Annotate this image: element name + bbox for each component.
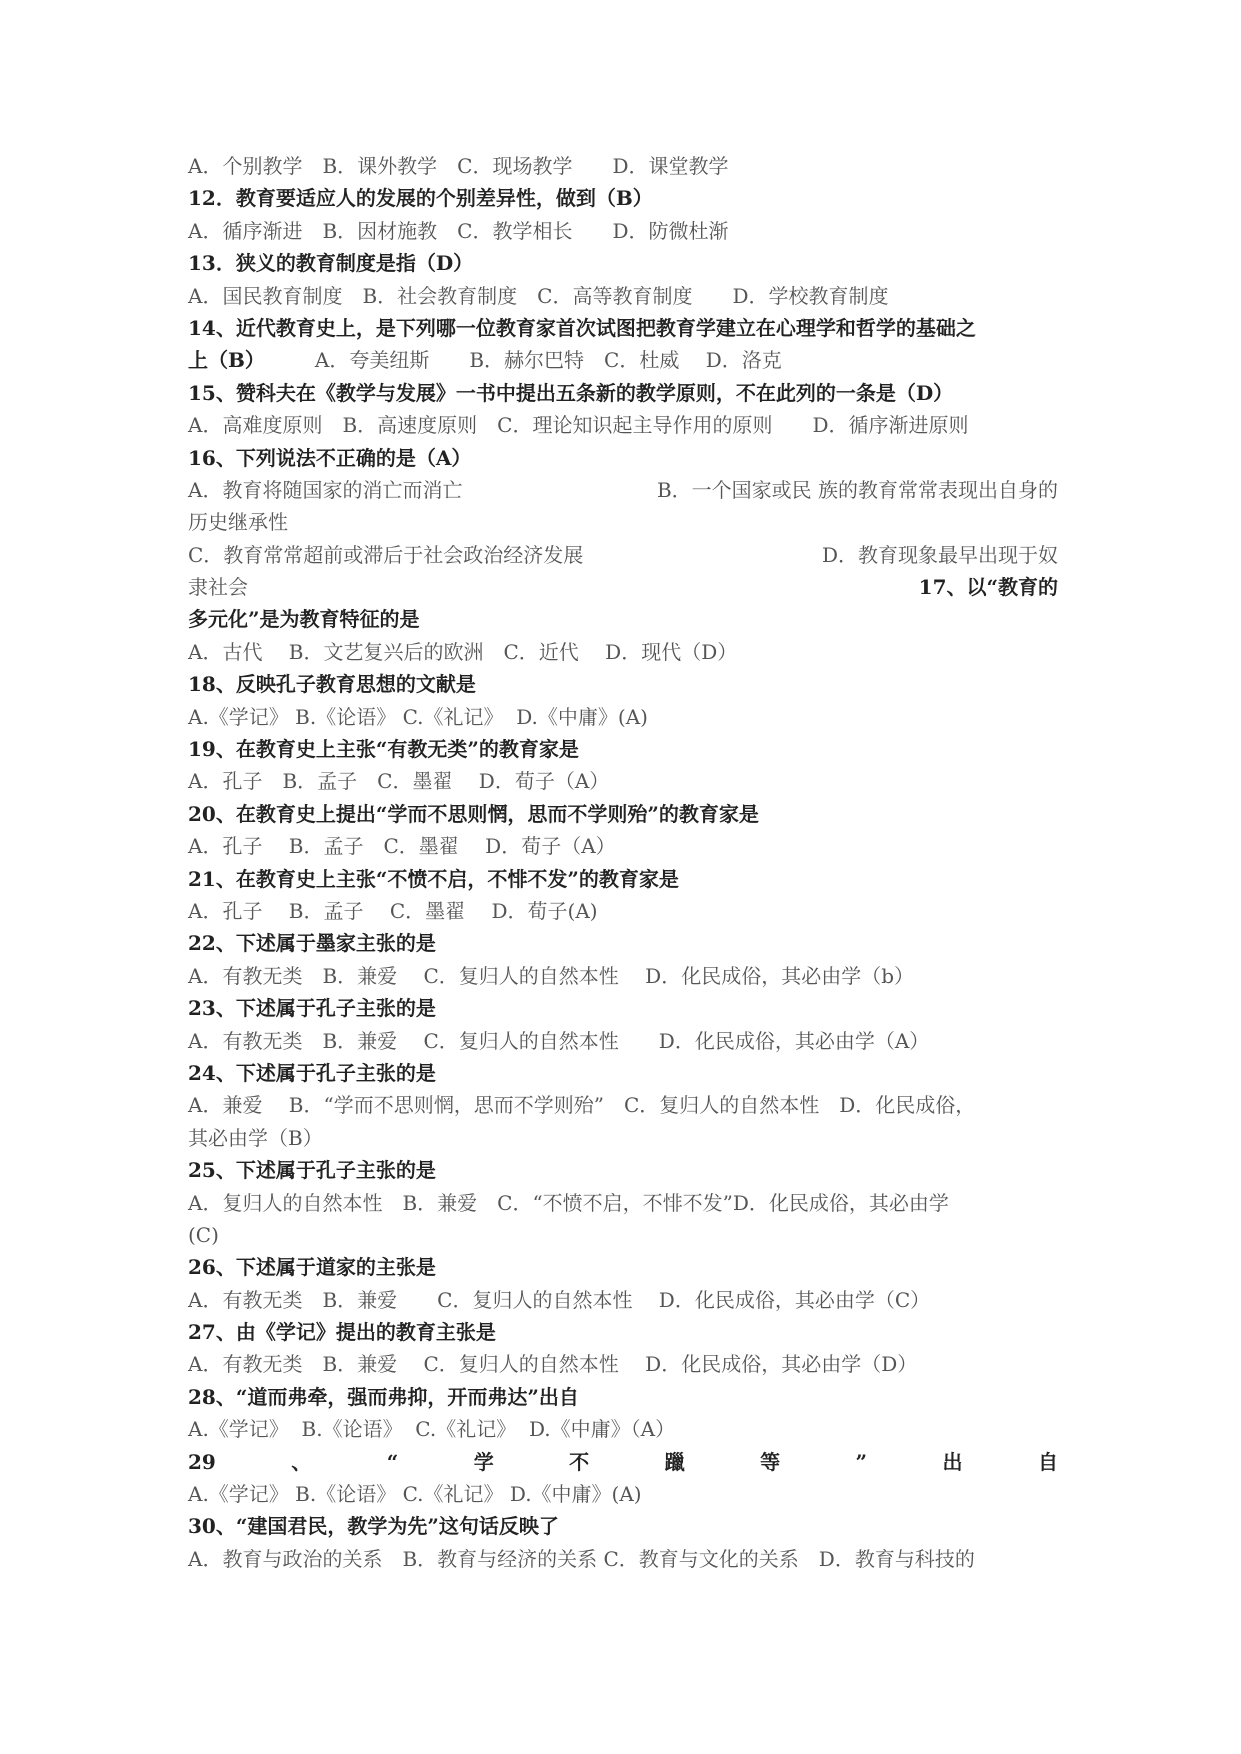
question-14-continued: 上（B） A．夸美纽斯 B．赫尔巴特 C．杜威 D．洛克 <box>188 344 1058 376</box>
question-15: 15、赞科夫在《教学与发展》一书中提出五条新的教学原则，不在此列的一条是（D） <box>188 377 1058 409</box>
question-29: 29 、 “ 学 不 躐 等 ” 出 自 <box>188 1446 1058 1478</box>
option-line-with-question-17: 隶社会17、以“教育的 <box>188 571 1058 603</box>
question-14-answer: 上（B） <box>188 348 255 372</box>
option-line: 其必由学（B） <box>188 1122 1058 1154</box>
option-line: A．古代 B．文艺复兴后的欧洲 C．近代 D．现代（D） <box>188 636 1058 668</box>
question-20: 20、在教育史上提出“学而不思则惘，思而不学则殆”的教育家是 <box>188 798 1058 830</box>
option-line: A．国民教育制度 B．社会教育制度 C．高等教育制度 D．学校教育制度 <box>188 280 1058 312</box>
option-line: A．教育与政治的关系 B．教育与经济的关系 C．教育与文化的关系 D．教育与科技… <box>188 1543 1058 1575</box>
q29-part: 躐 <box>665 1446 685 1478</box>
option-b: B．一个国家或民 族的教育常常表现出自身的 <box>657 474 1058 506</box>
question-14: 14、近代教育史上，是下列哪一位教育家首次试图把教育学建立在心理学和哲学的基础之 <box>188 312 1058 344</box>
question-25: 25、下述属于孔子主张的是 <box>188 1154 1058 1186</box>
option-line: 历史继承性 <box>188 506 1058 538</box>
question-24: 24、下述属于孔子主张的是 <box>188 1057 1058 1089</box>
question-17-continued: 多元化”是为教育特征的是 <box>188 603 1058 635</box>
question-12: 12．教育要适应人的发展的个别差异性，做到（B） <box>188 182 1058 214</box>
question-22: 22、下述属于墨家主张的是 <box>188 927 1058 959</box>
question-23: 23、下述属于孔子主张的是 <box>188 992 1058 1024</box>
q29-part: 不 <box>569 1446 589 1478</box>
option-a: A．教育将随国家的消亡而消亡 <box>188 474 462 506</box>
option-line: A．有教无类 B．兼爱 C．复归人的自然本性 D．化民成俗，其必由学（A） <box>188 1025 1058 1057</box>
option-line: A.《学记》 B.《论语》 C.《礼记》 D.《中庸》（A） <box>188 1413 1058 1445</box>
question-21: 21、在教育史上主张“不愤不启，不悱不发”的教育家是 <box>188 863 1058 895</box>
option-line: A.《学记》 B.《论语》 C.《礼记》 D.《中庸》(A) <box>188 1478 1058 1510</box>
option-line: A．孔子 B．孟子 C．墨翟 D．荀子（A） <box>188 830 1058 862</box>
q29-part: 学 <box>474 1446 494 1478</box>
question-30: 30、“建国君民，教学为先”这句话反映了 <box>188 1510 1058 1542</box>
question-27: 27、由《学记》提出的教育主张是 <box>188 1316 1058 1348</box>
option-c: C．教育常常超前或滞后于社会政治经济发展 <box>188 539 583 571</box>
question-16: 16、下列说法不正确的是（A） <box>188 442 1058 474</box>
question-17: 17、以“教育的 <box>919 571 1058 603</box>
q29-part: “ <box>387 1446 399 1478</box>
option-line: A．复归人的自然本性 B．兼爱 C．“不愤不启，不悱不发”D．化民成俗，其必由学 <box>188 1187 1058 1219</box>
question-13: 13．狭义的教育制度是指（D） <box>188 247 1058 279</box>
option-line: (C) <box>188 1219 1058 1251</box>
option-line: A．循序渐进 B．因材施教 C．教学相长 D．防微杜渐 <box>188 215 1058 247</box>
option-line: A．个别教学 B．课外教学 C．现场教学 D．课堂教学 <box>188 150 1058 182</box>
option-d: D．教育现象最早出现于奴 <box>822 539 1058 571</box>
option-line: A．兼爱 B．“学而不思则惘，思而不学则殆” C．复归人的自然本性 D．化民成俗… <box>188 1089 1058 1121</box>
document-page: A．个别教学 B．课外教学 C．现场教学 D．课堂教学 12．教育要适应人的发展… <box>188 150 1058 1575</box>
option-d-continued: 隶社会 <box>188 571 248 603</box>
question-19: 19、在教育史上主张“有教无类”的教育家是 <box>188 733 1058 765</box>
q29-part: 等 <box>760 1446 780 1478</box>
question-18: 18、反映孔子教育思想的文献是 <box>188 668 1058 700</box>
option-line: A．有教无类 B．兼爱 C．复归人的自然本性 D．化民成俗，其必由学（C） <box>188 1284 1058 1316</box>
option-line: A.《学记》 B.《论语》 C.《礼记》 D.《中庸》(A) <box>188 701 1058 733</box>
question-26: 26、下述属于道家的主张是 <box>188 1251 1058 1283</box>
option-line: C．教育常常超前或滞后于社会政治经济发展D．教育现象最早出现于奴 <box>188 539 1058 571</box>
option-line: A．孔子 B．孟子 C．墨翟 D．荀子（A） <box>188 765 1058 797</box>
q29-part: 29 <box>188 1446 216 1478</box>
option-line: A．有教无类 B．兼爱 C．复归人的自然本性 D．化民成俗，其必由学（D） <box>188 1348 1058 1380</box>
q29-part: 自 <box>1038 1446 1058 1478</box>
option-line: A．夸美纽斯 B．赫尔巴特 C．杜威 D．洛克 <box>255 348 782 372</box>
q29-part: 、 <box>291 1446 311 1478</box>
option-line: A．教育将随国家的消亡而消亡B．一个国家或民 族的教育常常表现出自身的 <box>188 474 1058 506</box>
q29-part: 出 <box>943 1446 963 1478</box>
option-line: A．孔子 B．孟子 C．墨翟 D．荀子(A) <box>188 895 1058 927</box>
option-line: A．有教无类 B．兼爱 C．复归人的自然本性 D．化民成俗，其必由学（b） <box>188 960 1058 992</box>
option-line: A．高难度原则 B．高速度原则 C．理论知识起主导作用的原则 D．循序渐进原则 <box>188 409 1058 441</box>
question-28: 28、“道而弗牵，强而弗抑，开而弗达”出自 <box>188 1381 1058 1413</box>
q29-part: ” <box>856 1446 868 1478</box>
